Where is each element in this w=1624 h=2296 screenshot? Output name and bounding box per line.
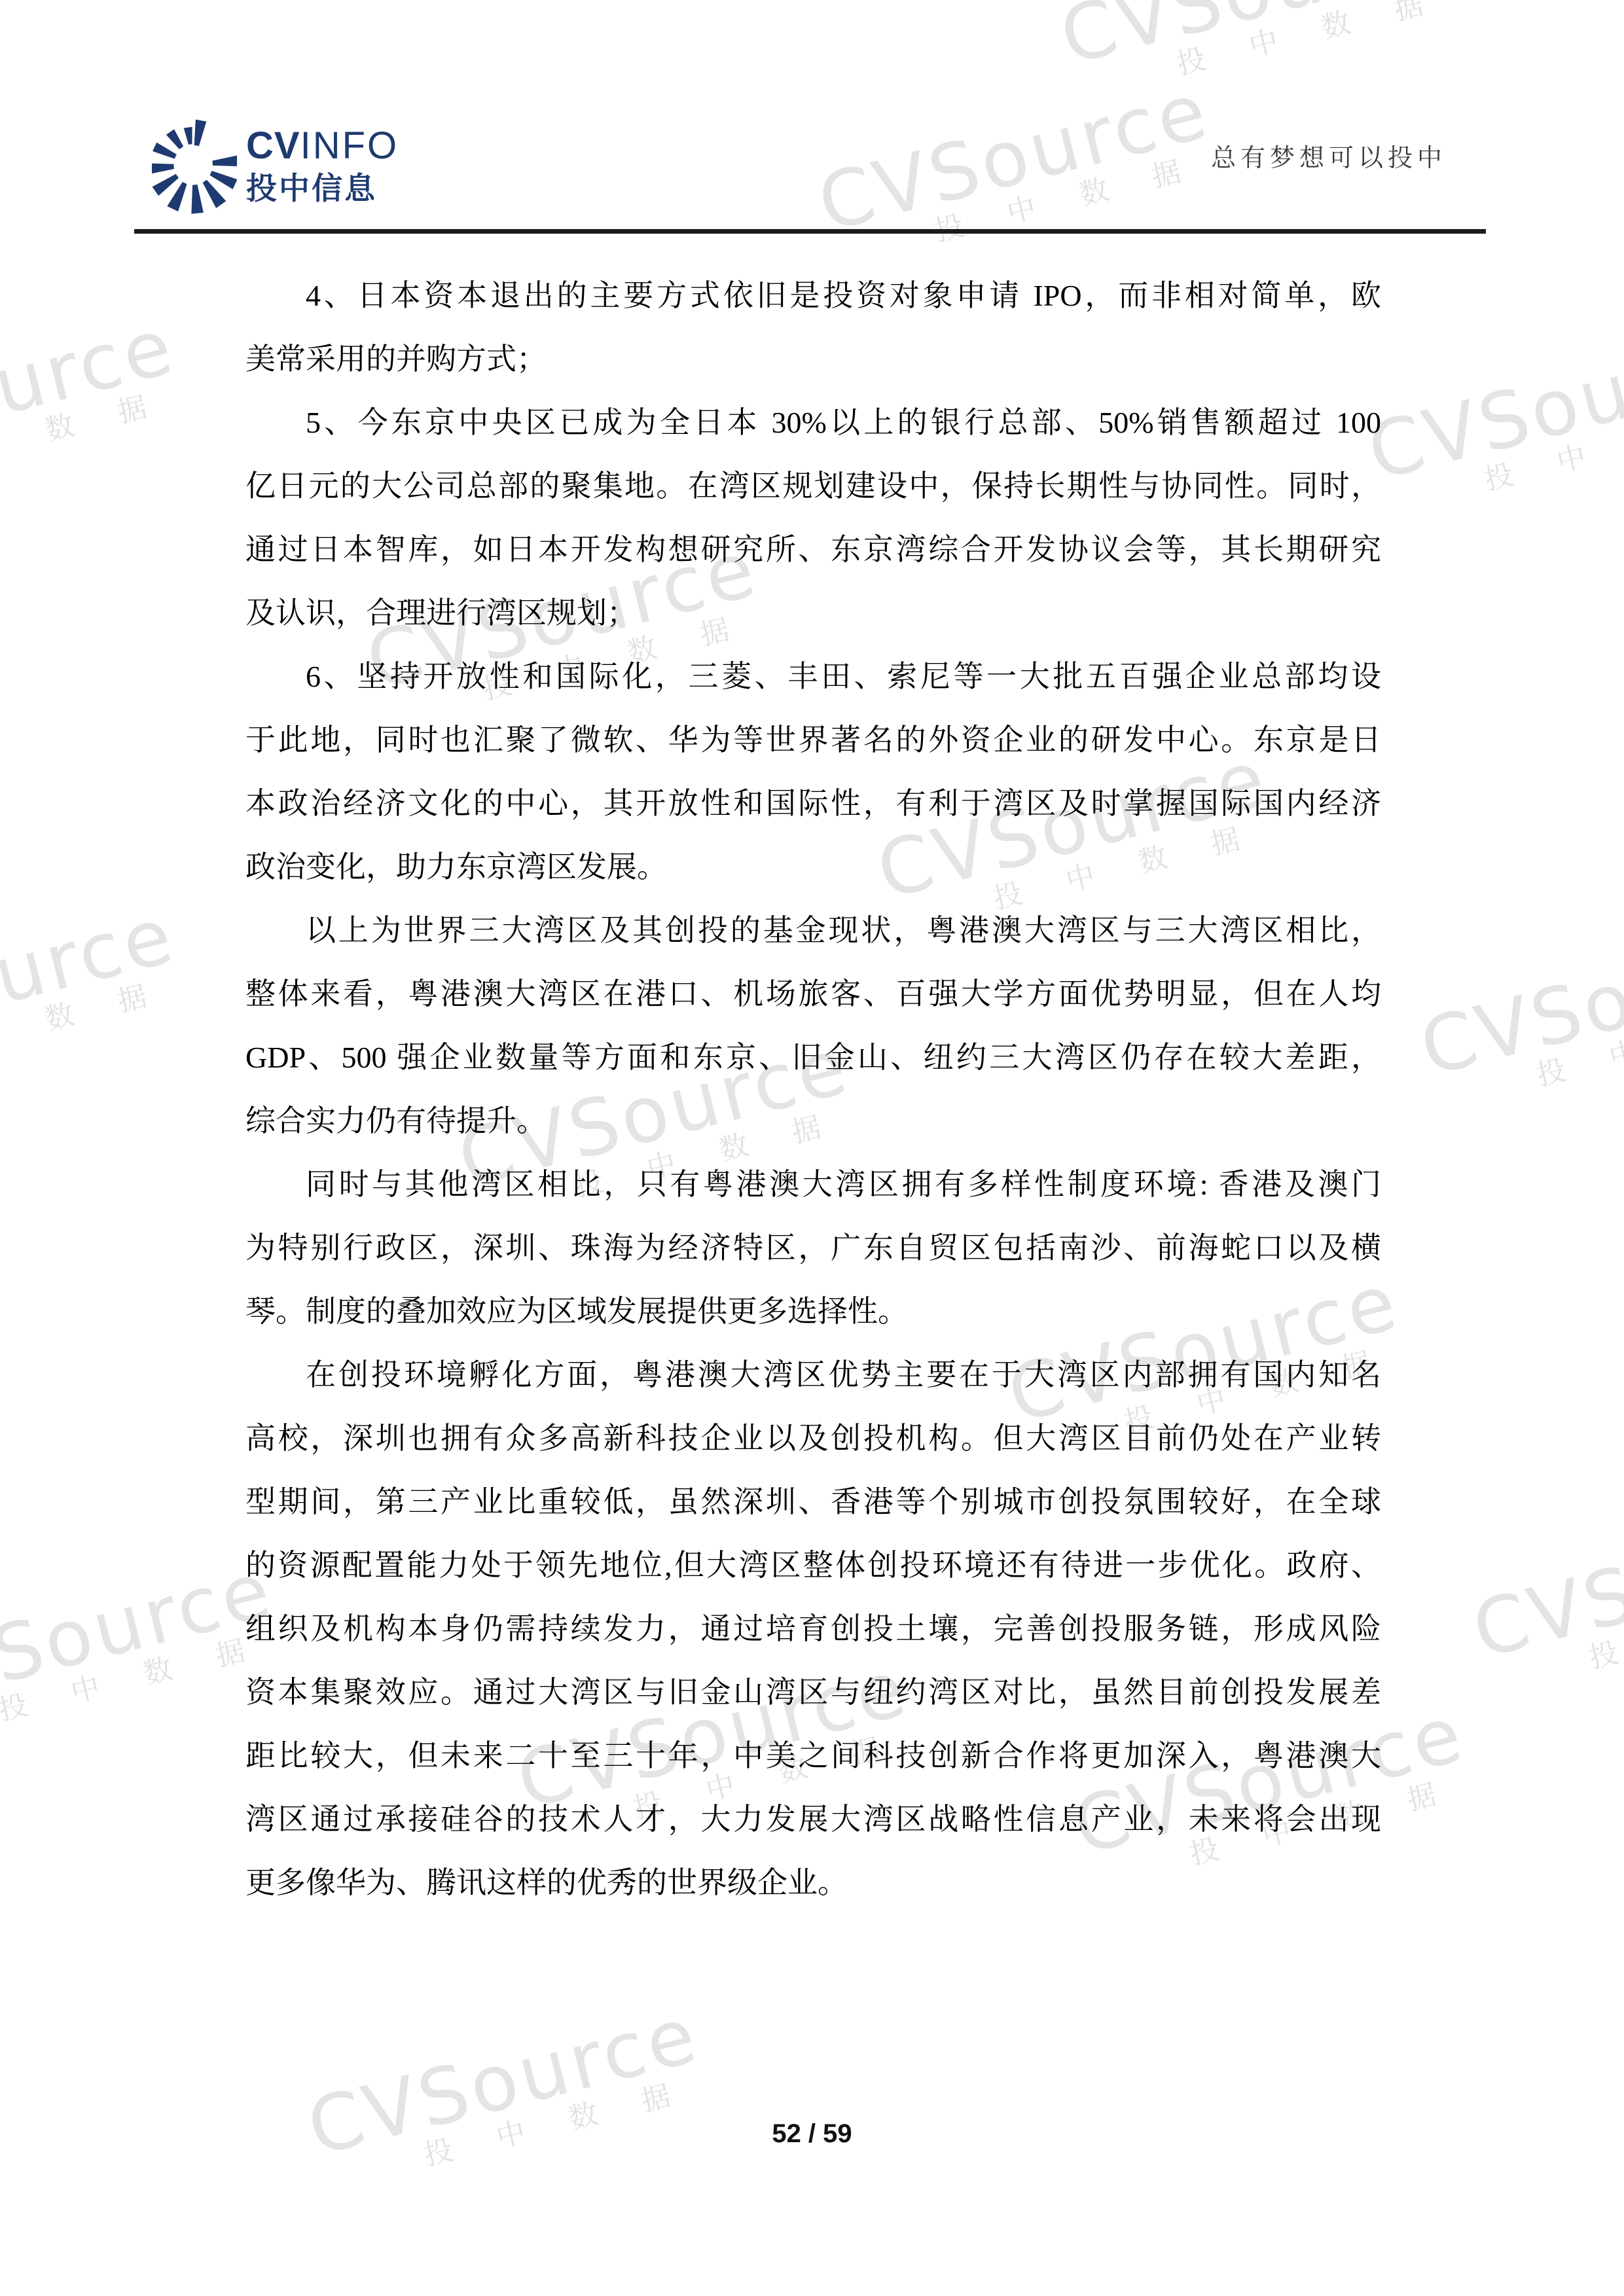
watermark: CVSource投 中 数 据	[1053, 0, 1466, 105]
text-line: 于此地，同时也汇聚了微软、华为等世界著名的外资企业的研发中心。东京是日	[245, 708, 1381, 772]
watermark: CVSource投 中 数 据	[1413, 916, 1624, 1116]
watermark-latin: CVSource	[1466, 1498, 1624, 1670]
watermark-latin: CVSource	[1361, 320, 1624, 492]
brand-latin: CVINFO	[246, 127, 399, 165]
watermark-latin: CVSource	[0, 307, 182, 478]
watermark-cn: 投 中 数 据	[1586, 1574, 1624, 1673]
watermark-cn: 投 中 数 据	[1481, 396, 1624, 495]
text-line: 琴。制度的叠加效应为区域发展提供更多选择性。	[245, 1280, 1381, 1343]
text-line: 距比较大，但未来二十至三十年，中美之间科技创新合作将更加深入，粤港澳大	[245, 1724, 1381, 1787]
brand-info: INFO	[300, 124, 399, 167]
text-line: 更多像华为、腾讯这样的优秀的世界级企业。	[245, 1851, 1381, 1914]
text-line: 本政治经济文化的中心，其开放性和国际性，有利于湾区及时掌握国际国内经济	[245, 772, 1381, 835]
watermark-cn: 投 中 数 据	[0, 1626, 287, 1725]
text-line: 以上为世界三大湾区及其创投的基金现状，粤港澳大湾区与三大湾区相比，	[245, 899, 1381, 962]
watermark-cn: 投 中 数 据	[1534, 992, 1624, 1090]
header-tagline: 总有梦想可以投中	[1211, 144, 1447, 174]
text-line: 高校，深圳也拥有众多高新科技企业以及创投机构。但大湾区目前仍处在产业转	[245, 1407, 1381, 1470]
text-line: 组织及机构本身仍需持续发力，通过培育创投土壤，完善创投服务链，形成风险	[245, 1597, 1381, 1660]
watermark-latin: CVSource	[1413, 916, 1624, 1087]
watermark: CVSource投 中 数 据	[0, 896, 189, 1096]
watermark-latin: CVSource	[0, 1551, 280, 1722]
watermark-latin: CVSource	[0, 896, 182, 1067]
text-line: 同时与其他湾区相比，只有粤港澳大湾区拥有多样性制度环境: 香港及澳门	[245, 1153, 1381, 1216]
watermark-cn: 投 中 数 据	[0, 972, 189, 1071]
text-line: GDP、500 强企业数量等方面和东京、旧金山、纽约三大湾区仍存在较大差距，	[245, 1026, 1381, 1089]
brand-cv: CV	[246, 124, 300, 167]
text-line: 美常采用的并购方式；	[245, 327, 1381, 391]
text-line: 4、日本资本退出的主要方式依旧是投资对象申请 IPO，而非相对简单，欧	[245, 264, 1381, 327]
watermark-cn: 投 中 数 据	[1174, 0, 1466, 79]
brand-chinese: 投中信息	[246, 173, 399, 204]
document-page: { "header": { "brand_latin_cv": "CV", "b…	[0, 0, 1624, 2296]
text-line: 在创投环境孵化方面，粤港澳大湾区优势主要在于大湾区内部拥有国内知名	[245, 1343, 1381, 1407]
page-number: 52 / 59	[0, 2119, 1624, 2149]
text-line: 为特别行政区，深圳、珠海为经济特区，广东自贸区包括南沙、前海蛇口以及横	[245, 1216, 1381, 1280]
text-line: 型期间，第三产业比重较低，虽然深圳、香港等个别城市创投氛围较好，在全球	[245, 1470, 1381, 1534]
watermark: CVSource投 中 数 据	[1361, 320, 1624, 520]
starburst-logo-icon	[152, 110, 237, 216]
watermark-latin: CVSource	[1053, 0, 1458, 76]
text-line: 政治变化，助力东京湾区发展。	[245, 835, 1381, 899]
watermark-latin: CVSource	[811, 71, 1216, 243]
cvinfo-logo: CVINFO 投中信息	[152, 110, 399, 216]
watermark: CVSource投 中 数 据	[811, 71, 1223, 272]
logo-text: CVINFO 投中信息	[246, 110, 399, 216]
header-rule	[134, 229, 1486, 234]
text-line: 亿日元的大公司总部的聚集地。在湾区规划建设中，保持长期性与协同性。同时，	[245, 454, 1381, 518]
watermark-cn: 投 中 数 据	[0, 383, 189, 482]
text-line: 整体来看，粤港澳大湾区在港口、机场旅客、百强大学方面优势明显，但在人均	[245, 962, 1381, 1026]
watermark: CVSource投 中 数 据	[0, 307, 189, 507]
text-line: 5、今东京中央区已成为全日本 30%以上的银行总部、50%销售额超过 100	[245, 391, 1381, 454]
text-line: 6、坚持开放性和国际化，三菱、丰田、索尼等一大批五百强企业总部均设	[245, 645, 1381, 708]
text-line: 综合实力仍有待提升。	[245, 1089, 1381, 1153]
watermark: CVSource投 中 数 据	[0, 1551, 287, 1751]
text-line: 通过日本智库，如日本开发构想研究所、东京湾综合开发协议会等，其长期研究	[245, 518, 1381, 581]
text-line: 及认识，合理进行湾区规划；	[245, 581, 1381, 645]
watermark: CVSource投 中 数 据	[1466, 1498, 1624, 1698]
body-text: 4、日本资本退出的主要方式依旧是投资对象申请 IPO，而非相对简单，欧 美常采用…	[245, 264, 1381, 1914]
text-line: 的资源配置能力处于领先地位,但大湾区整体创投环境还有待进一步优化。政府、	[245, 1534, 1381, 1597]
watermark: CVSource投 中 数 据	[300, 1996, 713, 2196]
text-line: 资本集聚效应。通过大湾区与旧金山湾区与纽约湾区对比，虽然目前创投发展差	[245, 1660, 1381, 1724]
text-line: 湾区通过承接硅谷的技术人才，大力发展大湾区战略性信息产业，未来将会出现	[245, 1787, 1381, 1851]
